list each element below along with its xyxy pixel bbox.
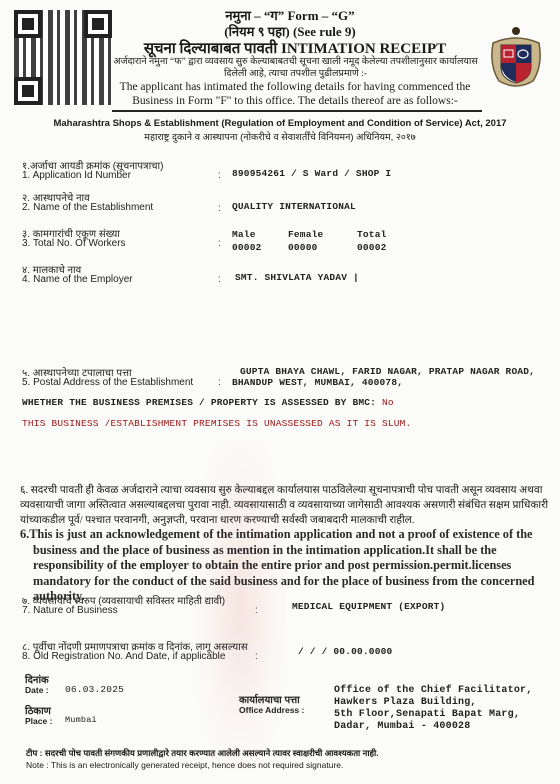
postal-address-label: 5. Postal Address of the Establishment [22, 377, 193, 388]
qr-finder-icon [14, 10, 42, 38]
employer-name-value: SMT. SHIVLATA YADAV | [235, 272, 359, 283]
nature-of-business-label: 7. Nature of Business [22, 605, 118, 616]
workers-header-female: Female [288, 229, 323, 240]
office-address-line: 5th Floor,Senapati Bapat Marg, [334, 709, 532, 721]
qr-finder-icon [14, 77, 42, 105]
disclaimer-marathi: ६. सदरची पावती ही केवळ अर्जदाराने त्याचा… [20, 483, 550, 528]
old-registration-label: 8. Old Registration No. And Date, if app… [22, 651, 225, 662]
note-english: Note : This is an electronically generat… [26, 760, 343, 770]
workers-female-value: 00000 [288, 242, 318, 253]
old-registration-value: / / / 00.00.0000 [298, 646, 392, 657]
header-divider [112, 110, 482, 112]
office-address-value: Office of the Chief Facilitator, Hawkers… [334, 685, 532, 733]
place-label: Place : [25, 716, 52, 726]
application-id-value: 890954261 / S Ward / SHOP I [232, 168, 391, 179]
office-address-label-mr: कार्यालयाचा पत्ता [239, 692, 300, 706]
colon: : [218, 274, 221, 285]
postal-address-line1: GUPTA BHAYA CHAWL, FARID NAGAR, PRATAP N… [240, 366, 535, 377]
place-value: Mumbai [65, 715, 97, 725]
colon: : [218, 238, 221, 249]
intro-english-line: Business in Form "F" to this office. The… [110, 94, 480, 108]
office-address-label: Office Address : [239, 705, 304, 715]
municipal-emblem-icon [487, 25, 545, 89]
intro-marathi: अर्जदाराने नमुना “फ” द्वारा व्यवसाय सुरु… [108, 56, 483, 80]
bmc-assessed-value: No [382, 397, 394, 408]
qr-code-icon [14, 10, 112, 105]
workers-total-value: 00002 [357, 242, 387, 253]
application-id-label: 1. Application Id Number [22, 170, 131, 181]
colon: : [218, 170, 221, 181]
note-marathi: टीप : सदरची पोच पावती संगणकीय प्रणालीद्व… [26, 748, 379, 759]
establishment-name-label: 2. Name of the Establishment [22, 202, 153, 213]
workers-male-value: 00002 [232, 242, 262, 253]
act-title-english: Maharashtra Shops & Establishment (Regul… [40, 118, 520, 129]
receipt-title: सूचना दिल्याबाबत पावती INTIMATION RECEIP… [120, 38, 470, 58]
intro-english-line: The applicant has intimated the followin… [110, 80, 480, 94]
workers-header-total: Total [357, 229, 387, 240]
office-address-line: Dadar, Mumbai - 400028 [334, 721, 532, 733]
colon: : [218, 203, 221, 214]
workers-label: 3. Total No. Of Workers [22, 238, 126, 249]
workers-header-male: Male [232, 229, 256, 240]
colon: : [255, 605, 258, 616]
establishment-name-value: QUALITY INTERNATIONAL [232, 201, 356, 212]
qr-finder-icon [84, 10, 112, 38]
postal-address-line2: BHANDUP WEST, MUMBAI, 400078, [232, 377, 403, 388]
date-label-mr: दिनांक [25, 672, 49, 686]
bmc-assessed-label: WHETHER THE BUSINESS PREMISES / PROPERTY… [22, 397, 376, 408]
office-address-line: Office of the Chief Facilitator, [334, 685, 532, 697]
intro-english: The applicant has intimated the followin… [110, 80, 480, 108]
date-value: 06.03.2025 [65, 684, 124, 695]
place-label-mr: ठिकाण [25, 703, 51, 717]
colon: : [218, 377, 221, 388]
disclaimer-english-lead: 6.This is just an acknowledgement of the… [20, 527, 533, 541]
employer-name-label: 4. Name of the Employer [22, 274, 133, 285]
slum-notice: THIS BUSINESS /ESTABLISHMENT PREMISES IS… [22, 418, 411, 429]
bmc-assessed-row: WHETHER THE BUSINESS PREMISES / PROPERTY… [22, 397, 394, 408]
office-address-line: Hawkers Plaza Building, [334, 697, 532, 709]
nature-of-business-value: MEDICAL EQUIPMENT (EXPORT) [292, 601, 445, 612]
act-title-marathi: महाराष्ट्र दुकाने व आस्थापना (नोकरीचे व … [40, 130, 520, 143]
date-label: Date : [25, 685, 49, 695]
colon: : [255, 651, 258, 662]
